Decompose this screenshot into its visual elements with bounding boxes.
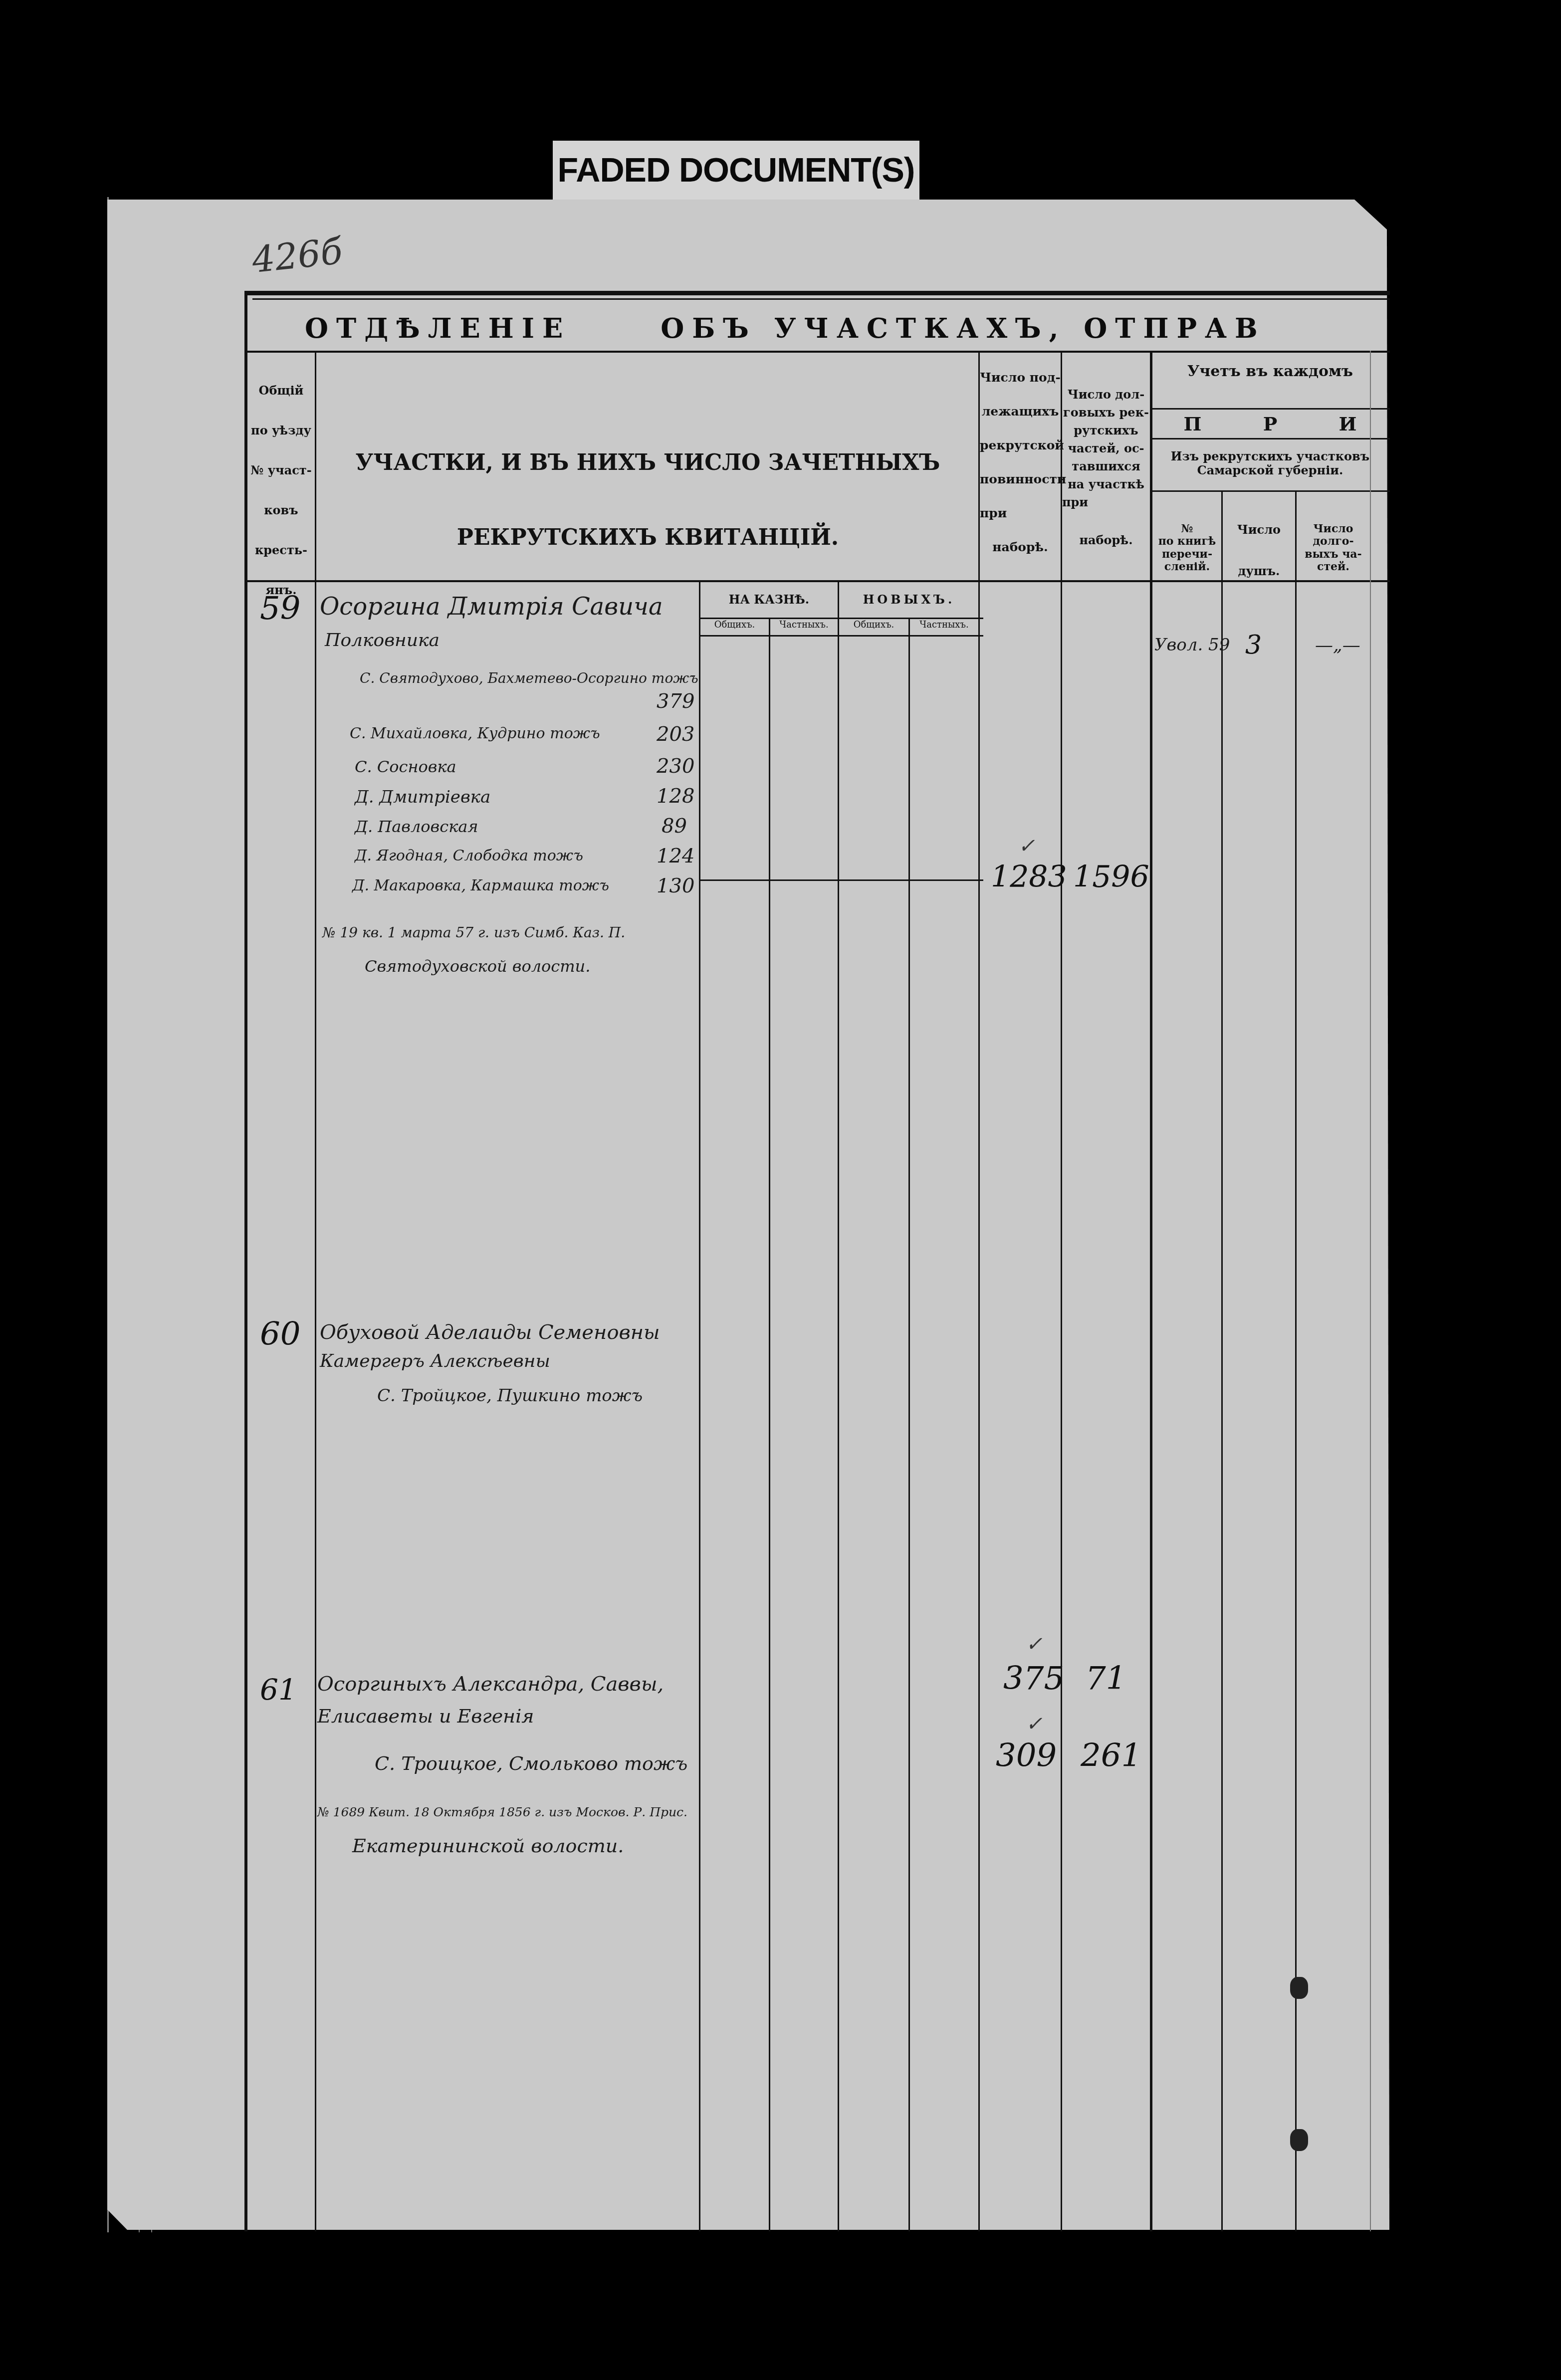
owner-rank: Елисаветы и Евгенія [317, 1705, 534, 1727]
binding-thread-blot [1290, 2129, 1308, 2151]
title-right: ОБЪ УЧАСТКАХЪ, ОТПРАВ [661, 312, 1266, 344]
header-line: Число под- [980, 361, 1061, 395]
village-count: 89 [662, 815, 687, 838]
col-divider [1295, 490, 1297, 2231]
header-letter: П [1184, 413, 1202, 435]
header-line: № [1153, 523, 1221, 535]
header-line: РЕКРУТСКИХЪ КВИТАНЦІЙ. [317, 500, 978, 575]
col-divider-bold [1150, 351, 1152, 2231]
check-mark: ✓ [1018, 835, 1035, 858]
owner-name: Осоргиныхъ Александра, Саввы, [317, 1673, 664, 1696]
header-uchet: Учетъ въ каждомъ [1153, 363, 1387, 381]
header-line: по уѣзду [247, 411, 315, 450]
uchet-rule [1150, 408, 1390, 410]
iz-rule [1150, 490, 1390, 492]
village-count: 379 [657, 690, 694, 713]
header-line: повинности [980, 462, 1061, 496]
header-chastnykh: Частныхъ. [910, 620, 978, 631]
header-dolgovykh: Число дол- говыхъ рек- рутскихъ частей, … [1062, 386, 1150, 549]
pri-rule [1150, 438, 1390, 439]
header-line: частей, ос- [1062, 439, 1150, 457]
header-line: при [1062, 493, 1150, 511]
header-line: рутскихъ [1062, 422, 1150, 439]
volost-note: Святодуховской волости. [365, 957, 590, 976]
check-mark: ✓ [1026, 1713, 1043, 1735]
dolgovykh-value: 261 [1081, 1737, 1141, 1774]
header-line: перечи- [1153, 548, 1221, 561]
header-line: душъ. [1223, 564, 1295, 578]
header-line: Изъ рекрутскихъ участковъ [1153, 449, 1387, 463]
col-divider [908, 618, 910, 2231]
header-line: при [980, 496, 1061, 530]
header-line: рекрутской [980, 429, 1061, 462]
header-pri: П Р И [1153, 413, 1387, 435]
col-divider [315, 351, 316, 2231]
subtable-bottom-rule [699, 879, 983, 881]
owner-name: Осоргина Дмитрія Савича [320, 593, 663, 621]
row-number: 60 [260, 1316, 300, 1353]
header-line: говыхъ рек- [1062, 404, 1150, 422]
owner-rank: Полковника [325, 630, 440, 650]
top-rule-thin [252, 298, 1390, 300]
header-line: долго- [1297, 535, 1370, 548]
header-line: по книгѣ [1153, 535, 1221, 548]
header-chastnykh: Частныхъ. [770, 620, 838, 631]
village-count: 130 [657, 874, 694, 897]
receipt-note: № 1689 Квит. 18 Октября 1856 г. изъ Моск… [317, 1805, 687, 1819]
row-number: 59 [260, 590, 300, 627]
header-line: Число [1223, 523, 1295, 537]
volost-note: Екатерининской волости. [352, 1835, 624, 1857]
village-name: С. Михайловка, Кудрино тожъ [350, 725, 600, 742]
dolgovykh-value: 71 [1086, 1660, 1126, 1697]
col-divider [1221, 490, 1223, 2231]
check-mark: ✓ [1026, 1633, 1043, 1656]
village-count: 128 [657, 785, 694, 808]
village-name: С. Сосновка [355, 757, 456, 776]
header-obshchikh: Общихъ. [839, 620, 908, 631]
col-divider-faint [1370, 351, 1371, 2231]
header-line: на участкѣ [1062, 475, 1150, 493]
header-line: наборѣ. [980, 530, 1061, 564]
col-divider [838, 582, 839, 2231]
top-rule [247, 291, 1390, 295]
header-line: № участ- [247, 450, 315, 490]
header-obshchiy-no: Общій по уѣзду № участ- ковъ кресть- янъ… [247, 371, 315, 610]
header-letter: Р [1263, 413, 1278, 435]
header-line: выхъ ча- [1297, 548, 1370, 561]
owner-name: Обуховой Аделаиды Семеновны [320, 1321, 660, 1344]
header-line: тавшихся [1062, 457, 1150, 475]
village-count: 203 [657, 723, 694, 746]
podlezh-value: 1283 [991, 860, 1067, 894]
podlezh-value: 375 [1003, 1660, 1064, 1697]
kniga-value: Увол. 59 [1154, 635, 1230, 655]
faded-document-stamp: FADED DOCUMENT(S) [553, 141, 919, 200]
header-line: наборѣ. [1062, 531, 1150, 549]
ledger-table: ОТДѢЛЕНІЕ ОБЪ УЧАСТКАХЪ, ОТПРАВ Общій по… [244, 291, 1390, 2231]
row-number: 61 [260, 1673, 297, 1707]
header-line: кресть- [247, 530, 315, 570]
header-uchastki: УЧАСТКИ, И ВЪ НИХЪ ЧИСЛО ЗАЧЕТНЫХЪ РЕКРУ… [317, 426, 978, 575]
header-line: Самарской губерніи. [1153, 463, 1387, 477]
header-line: Число [1297, 523, 1370, 535]
receipt-note: № 19 кв. 1 марта 57 г. изъ Симб. Каз. П. [322, 924, 625, 941]
col-divider [978, 351, 980, 2231]
header-na-kazne: НА КАЗНѢ. [700, 593, 838, 607]
col-divider [699, 582, 700, 2231]
header-dolg-chastey: Число долго- выхъ ча- стей. [1297, 523, 1370, 573]
village-name: Д. Макаровка, Кармашка тожъ [352, 877, 609, 894]
dush-value: 3 [1245, 630, 1262, 660]
owner-rank: Камергеръ Алексѣевны [320, 1351, 550, 1371]
village-name: Д. Дмитріевка [355, 787, 490, 807]
header-line: сленій. [1153, 561, 1221, 573]
header-podlezhashchikh: Число под- лежащихъ рекрутской повинност… [980, 361, 1061, 564]
col-divider [1061, 351, 1062, 2231]
header-line: Общій [247, 371, 315, 411]
podlezh-value: 309 [996, 1737, 1057, 1774]
subheader-rule [699, 635, 983, 637]
subgroup-rule [699, 618, 983, 619]
header-obshchikh: Общихъ. [700, 620, 769, 631]
village-name: Д. Ягодная, Слободка тожъ [355, 847, 583, 865]
header-rule [247, 351, 1390, 353]
dolg-chastey-value: —„— [1315, 635, 1360, 655]
title-left: ОТДѢЛЕНІЕ [305, 312, 571, 344]
village-count: 124 [657, 845, 694, 867]
header-iz-uchastkov: Изъ рекрутскихъ участковъ Самарской губе… [1153, 449, 1387, 477]
village-count: 230 [657, 755, 694, 778]
header-bottom-rule [247, 580, 1390, 582]
header-line: стей. [1297, 561, 1370, 573]
village-name: С. Святодухово, Бахметево-Осоргино тожъ [360, 670, 698, 686]
header-dush: Число душъ. [1223, 523, 1295, 578]
village-name: С. Тройцкое, Пушкино тожъ [377, 1386, 643, 1406]
section-title: ОТДѢЛЕНІЕ ОБЪ УЧАСТКАХЪ, ОТПРАВ [247, 306, 1390, 351]
header-line: Число дол- [1062, 386, 1150, 404]
header-line: УЧАСТКИ, И ВЪ НИХЪ ЧИСЛО ЗАЧЕТНЫХЪ [317, 426, 978, 500]
village-name: Д. Павловская [355, 817, 478, 836]
binding-thread-blot [1290, 1977, 1308, 1999]
col-divider [769, 618, 770, 2231]
header-line: лежащихъ [980, 395, 1061, 429]
header-line: ковъ [247, 490, 315, 530]
dolgovykh-value: 1596 [1073, 860, 1149, 894]
village-name: С. Троицкое, Смольково тожъ [375, 1752, 687, 1774]
header-letter: И [1338, 413, 1356, 435]
header-kniga: № по книгѣ перечи- сленій. [1153, 523, 1221, 573]
header-novykh: НОВЫХЪ. [839, 593, 979, 607]
